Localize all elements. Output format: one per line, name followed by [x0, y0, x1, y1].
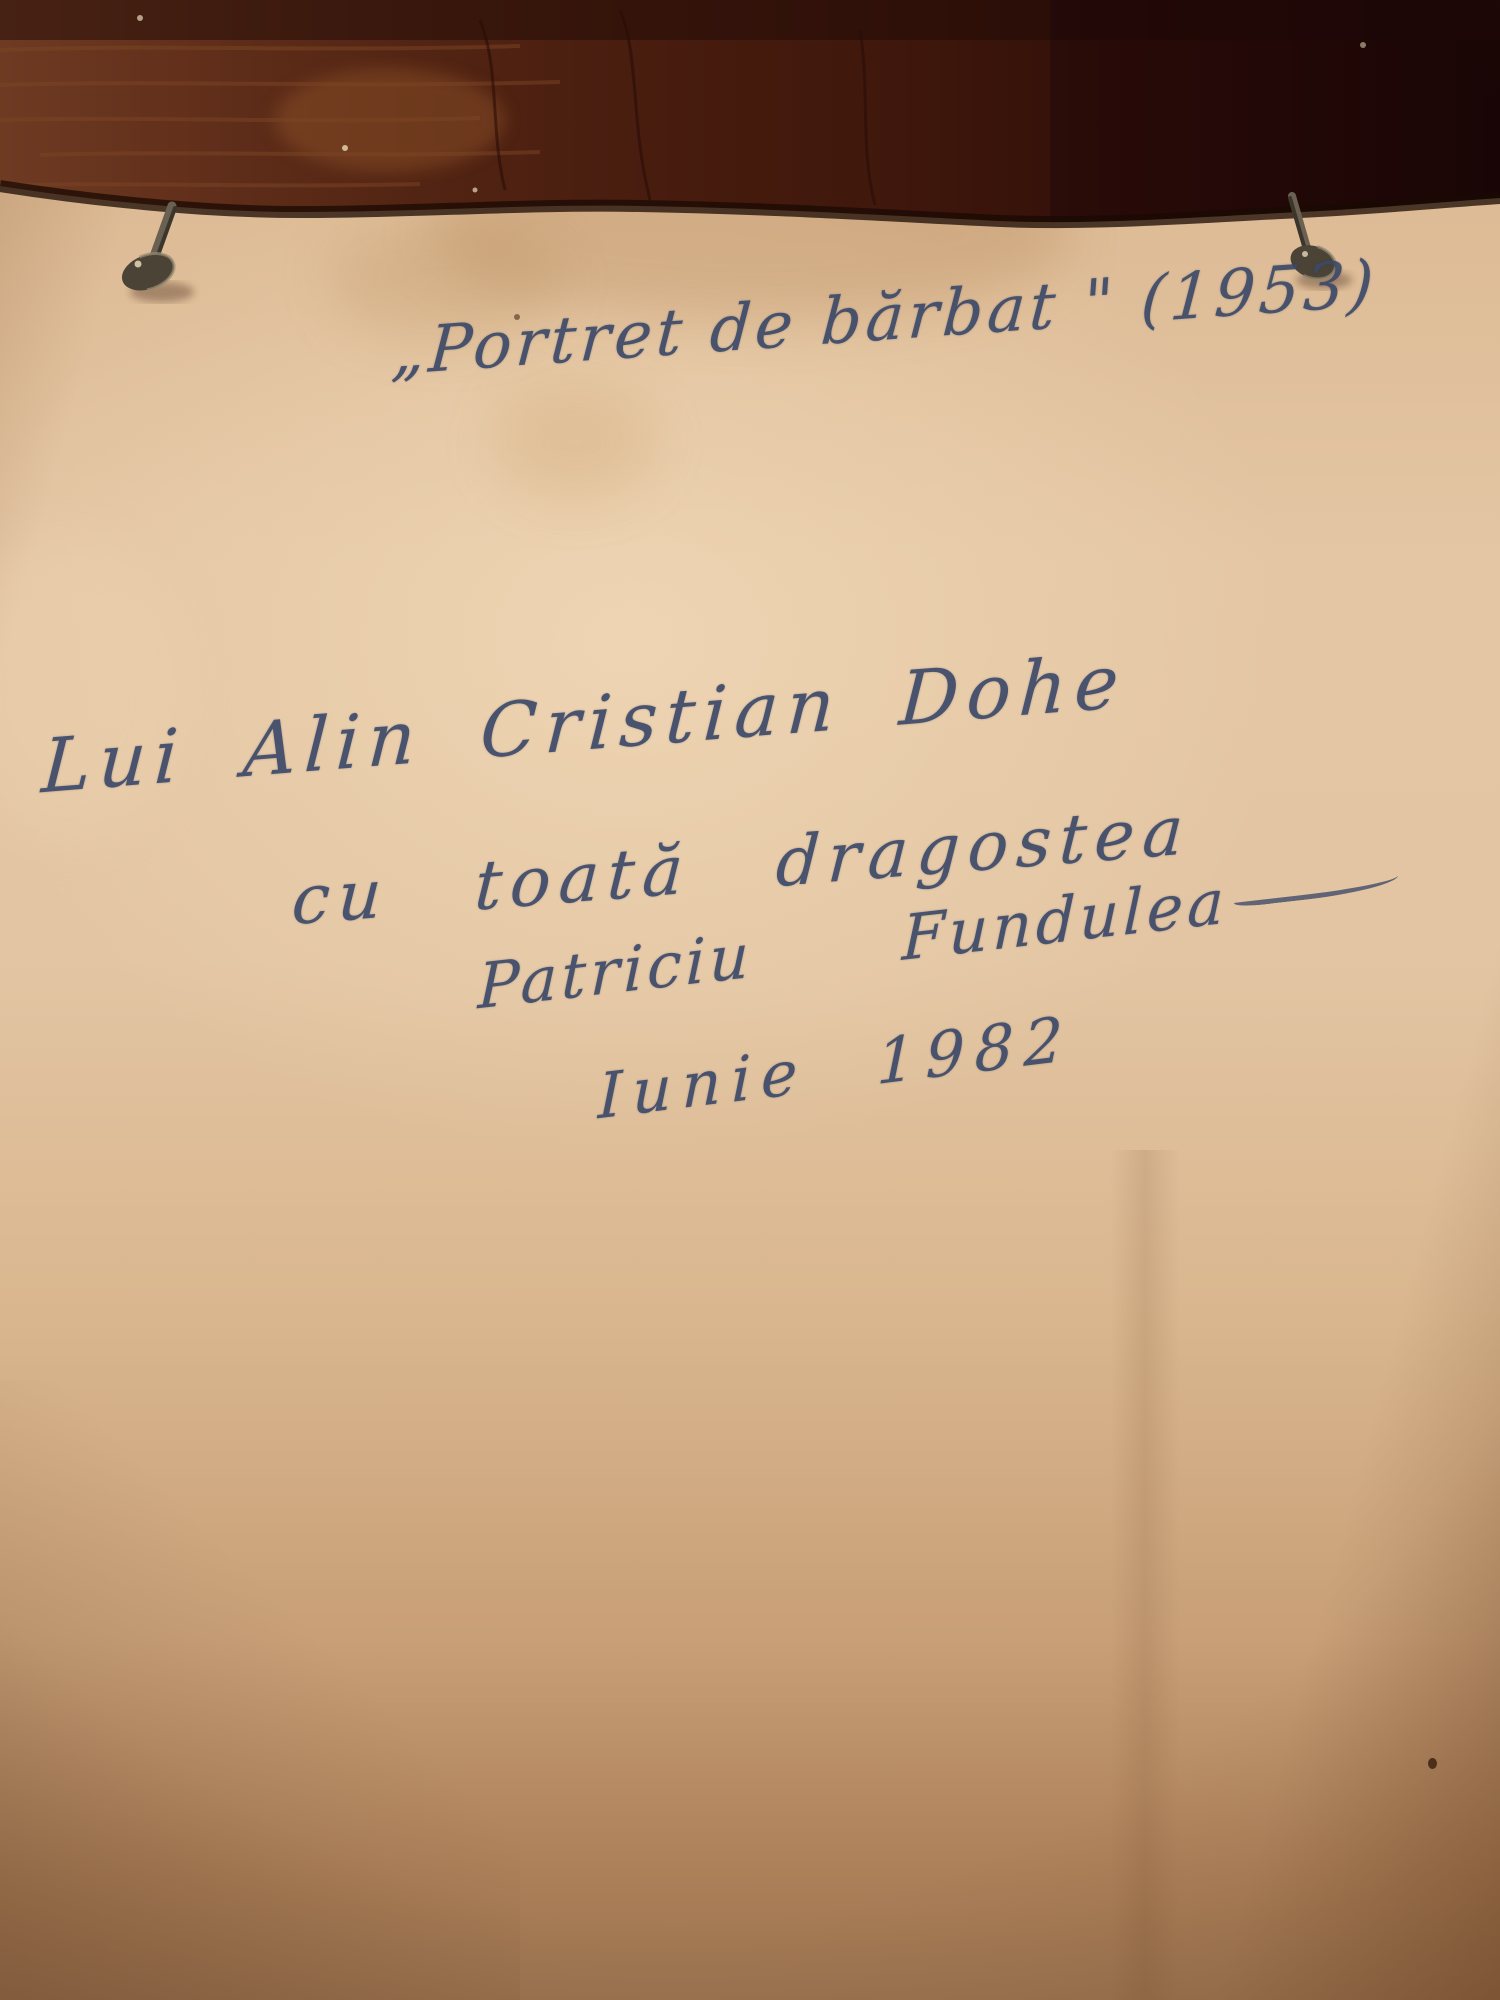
paper-speck — [1428, 1758, 1437, 1769]
signature-flourish — [1234, 866, 1399, 908]
dedication-line-1: Lui Alin Cristian Dohe — [39, 638, 1129, 810]
date-line: Iunie 1982 — [597, 1001, 1073, 1133]
paper-corner-shadow — [0, 1380, 520, 2000]
paper-crease — [1110, 1150, 1180, 2000]
left-nail — [117, 206, 194, 302]
signature-first-name: Patriciu — [477, 918, 754, 1023]
photo-of-painting-back: „Portret de bărbat " (1953) Lui Alin Cri… — [0, 0, 1500, 2000]
paper-stain — [495, 385, 655, 500]
